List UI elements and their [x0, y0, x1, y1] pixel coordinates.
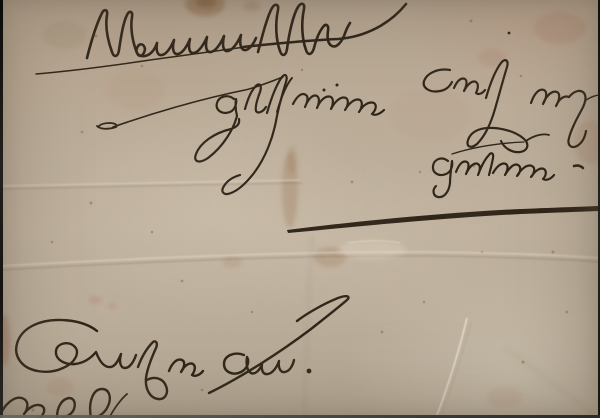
handwriting-layer: [0, 0, 600, 418]
paper-grain-texture: [0, 0, 600, 418]
photo-frame: [0, 0, 600, 418]
